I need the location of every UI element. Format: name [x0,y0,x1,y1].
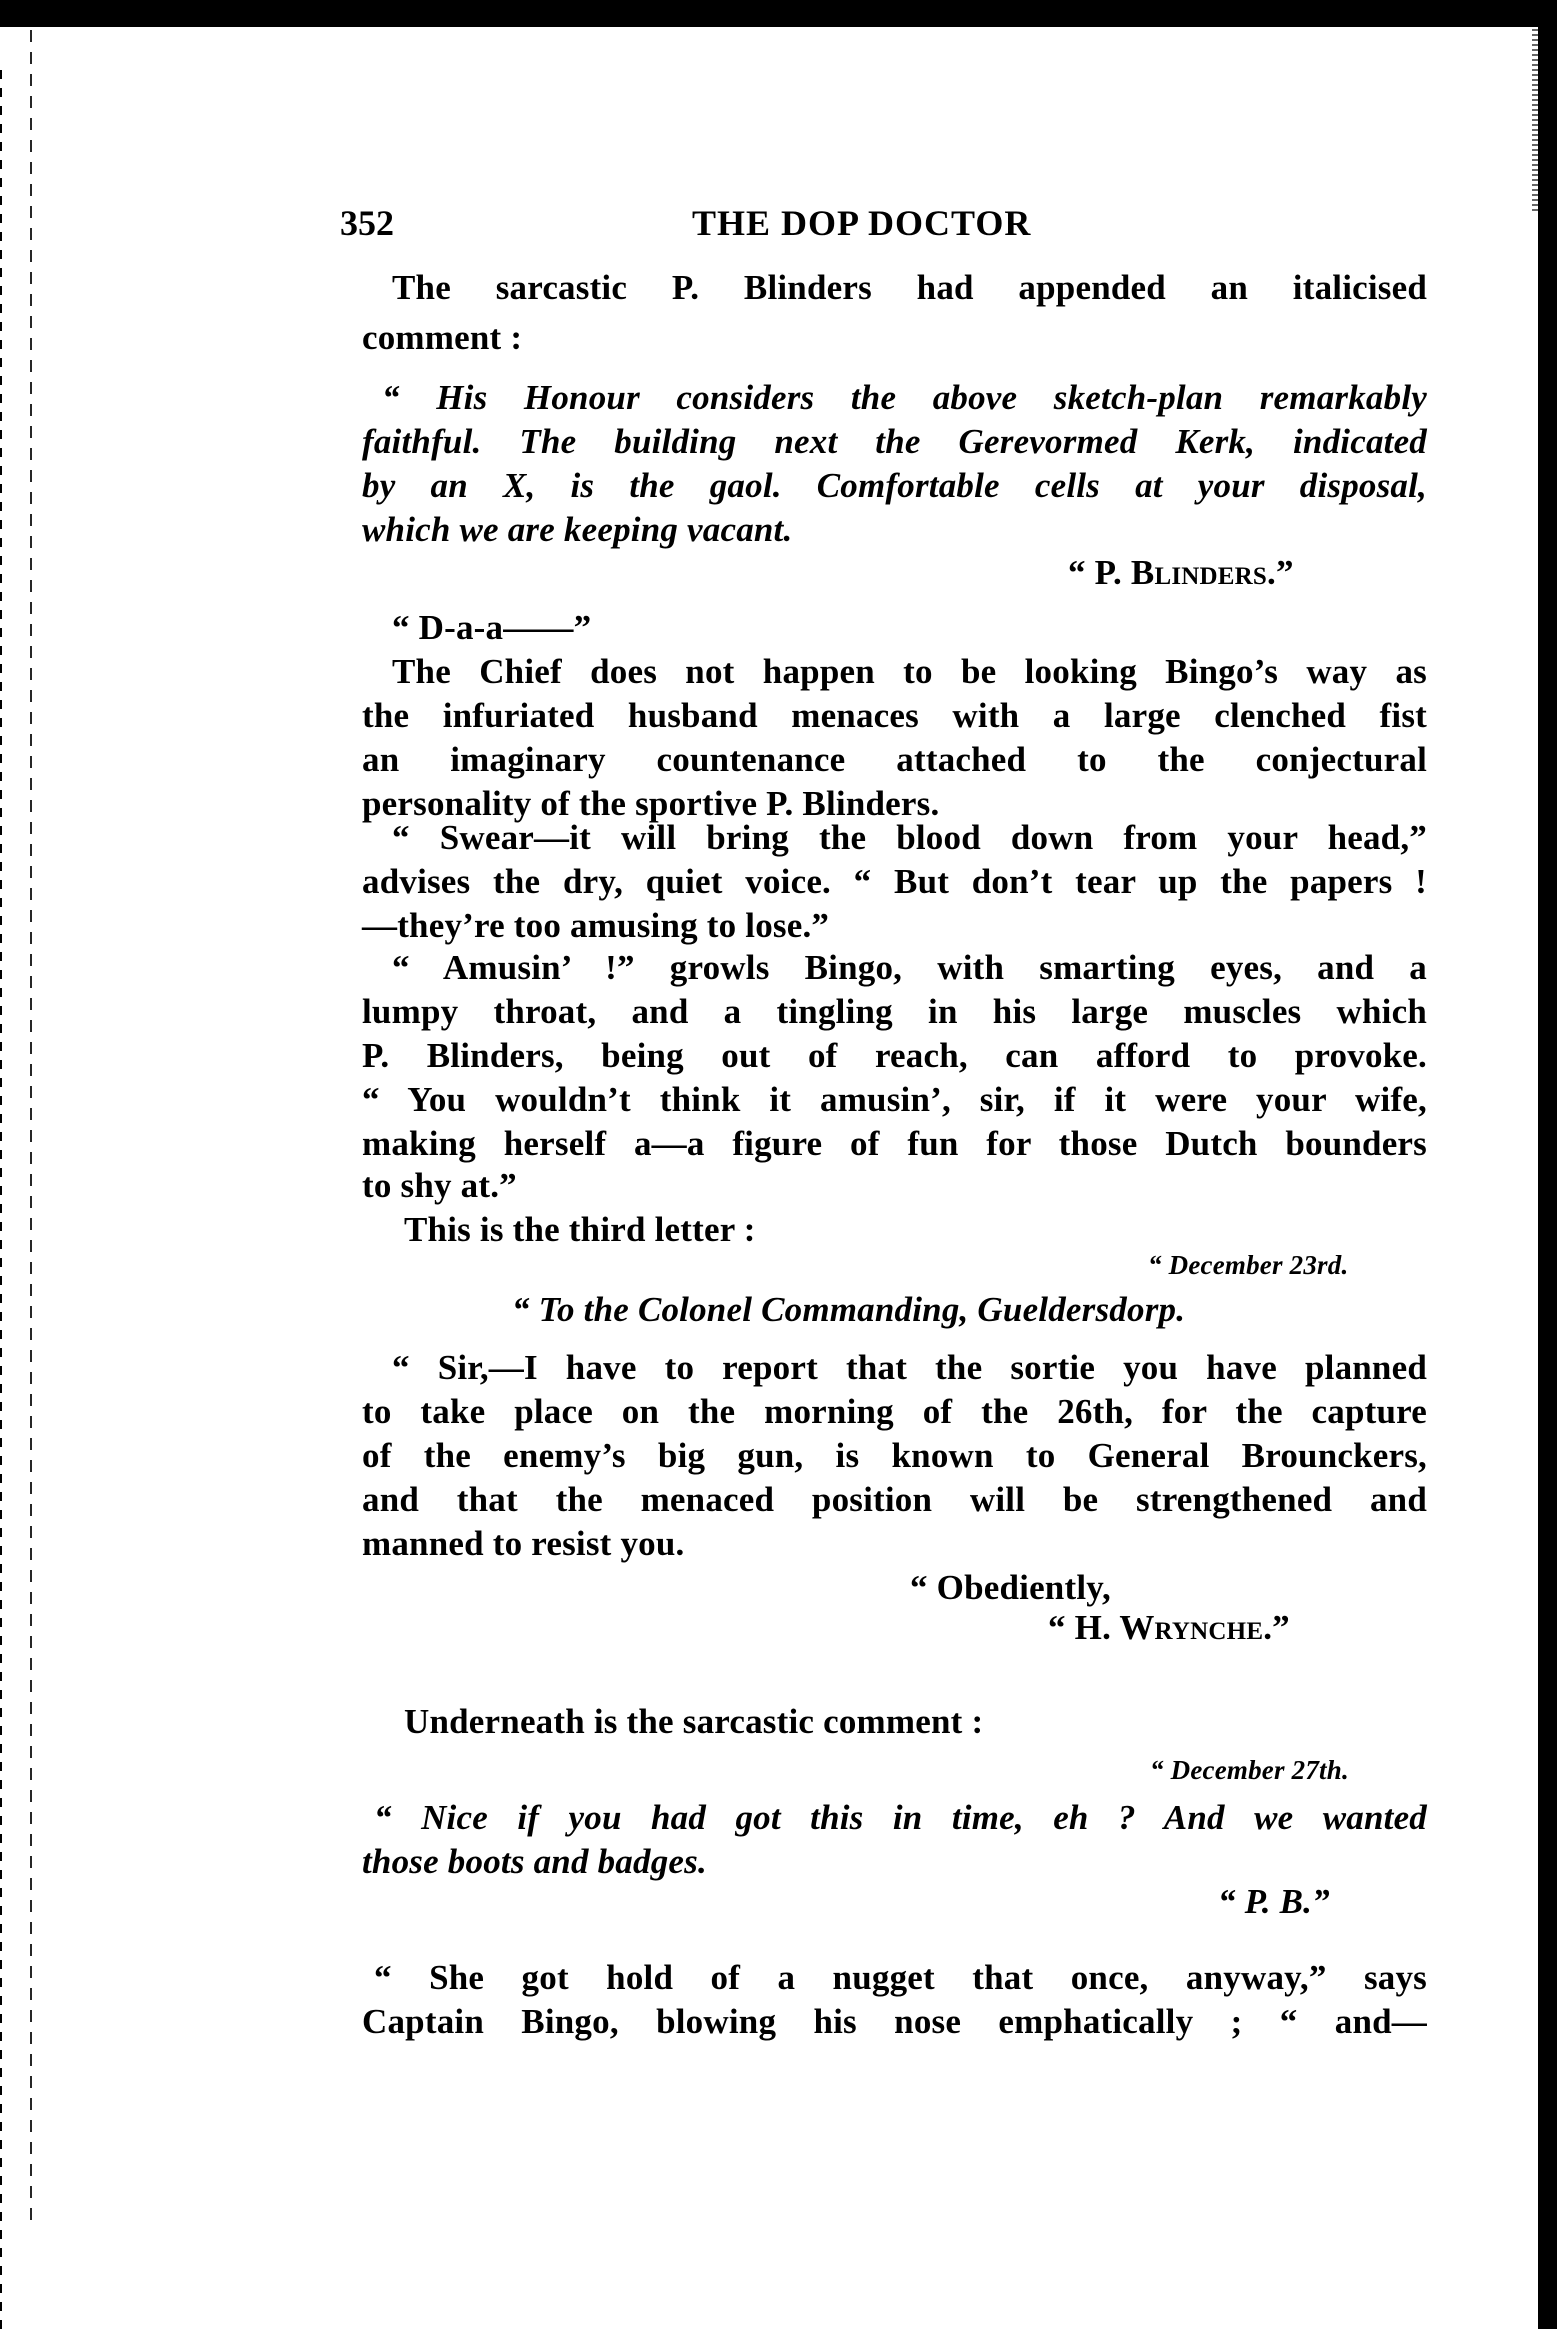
letter-line: “ Sir,—I have to report that the sortie … [392,1348,1427,1388]
comment-signature: “ P. B.” [1218,1882,1330,1922]
letter-signature: “ H. Wrynche.” [1048,1608,1290,1648]
paragraph-line: the infuriated husband menaces with a la… [362,696,1427,736]
italic-comment-line: “ His Honour considers the above sketch-… [382,378,1427,418]
letter-line: manned to resist you. [362,1524,684,1564]
paragraph-line: P. Blinders, being out of reach, can aff… [362,1036,1427,1076]
italic-comment-line: faithful. The building next the Gerevorm… [362,422,1427,462]
paragraph-line: “ D-a-a——” [392,608,591,648]
book-page: 352 THE DOP DOCTOR The sarcastic P. Blin… [0,0,1557,2329]
paragraph-line: to shy at.” [362,1166,517,1206]
letter-line: to take place on the morning of the 26th… [362,1392,1427,1432]
paragraph-line: an imaginary countenance attached to the… [362,740,1427,780]
paragraph-line: advises the dry, quiet voice. “ But don’… [362,862,1427,902]
paragraph-line: The Chief does not happen to be looking … [392,652,1427,692]
paragraph-line: “ Swear—it will bring the blood down fro… [392,818,1427,858]
comment-signature: “ P. Blinders.” [1068,553,1294,593]
italic-comment-line: which we are keeping vacant. [362,510,792,550]
italic-comment-line: “ Nice if you had got this in time, eh ?… [374,1798,1427,1838]
running-title: THE DOP DOCTOR [692,203,1031,243]
paragraph-line: —they’re too amusing to lose.” [362,906,829,946]
paragraph-line: “ Amusin’ !” growls Bingo, with smarting… [392,948,1427,988]
letter-closing: “ Obediently, [910,1568,1111,1608]
paragraph-line: Captain Bingo, blowing his nose emphatic… [362,2002,1427,2042]
letter-salutation: “ To the Colonel Commanding, Gueldersdor… [512,1290,1185,1330]
comment-date: “ December 27th. [1150,1750,1349,1790]
paragraph-line: “ She got hold of a nugget that once, an… [374,1958,1427,1998]
paragraph-line: making herself a—a figure of fun for tho… [362,1124,1427,1164]
paragraph-line: “ You wouldn’t think it amusin’, sir, if… [362,1080,1427,1120]
letter-date: “ December 23rd. [1148,1245,1348,1285]
letter-line: and that the menaced position will be st… [362,1480,1427,1520]
paragraph-line: This is the third letter : [404,1210,756,1250]
italic-comment-line: those boots and badges. [362,1842,707,1882]
page-number: 352 [340,203,394,243]
paragraph-line: comment : [362,318,522,358]
letter-line: of the enemy’s big gun, is known to Gene… [362,1436,1427,1476]
paragraph-line: lumpy throat, and a tingling in his larg… [362,992,1427,1032]
paragraph-line: The sarcastic P. Blinders had appended a… [392,268,1427,308]
paragraph-line: Underneath is the sarcastic comment : [404,1702,983,1742]
italic-comment-line: by an X, is the gaol. Comfortable cells … [362,466,1427,506]
